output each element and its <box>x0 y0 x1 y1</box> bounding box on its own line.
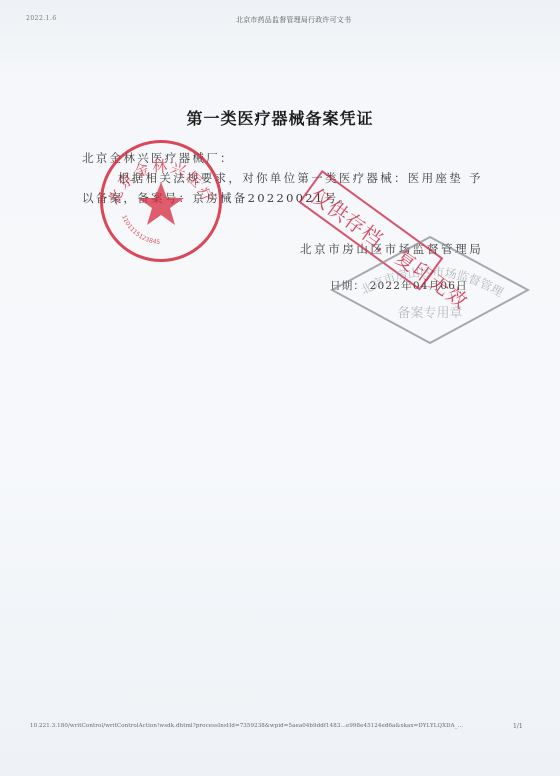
document-source-header: 北京市药品监督管理局行政许可文书 <box>236 15 351 25</box>
source-url: 10.221.3.180/writControl/writControlActi… <box>30 723 463 729</box>
svg-text:1101115123845: 1101115123845 <box>120 214 160 246</box>
body-line-1: 根据相关法规要求，对你单位第一类医疗器械：医用座垫 予 <box>118 170 483 186</box>
page-number: 1/1 <box>513 723 523 730</box>
date-label: 日期： <box>330 280 365 292</box>
print-date: 2022.1.6 <box>26 15 57 22</box>
addressee: 北京金林兴医疗器械厂： <box>82 150 234 166</box>
document-title: 第一类医疗器械备案凭证 <box>0 106 560 129</box>
document-page: 2022.1.6 北京市药品监督管理局行政许可文书 第一类医疗器械备案凭证 北京… <box>0 0 560 776</box>
archive-only-stamp: 仅供存档，复印无效 <box>298 170 443 291</box>
